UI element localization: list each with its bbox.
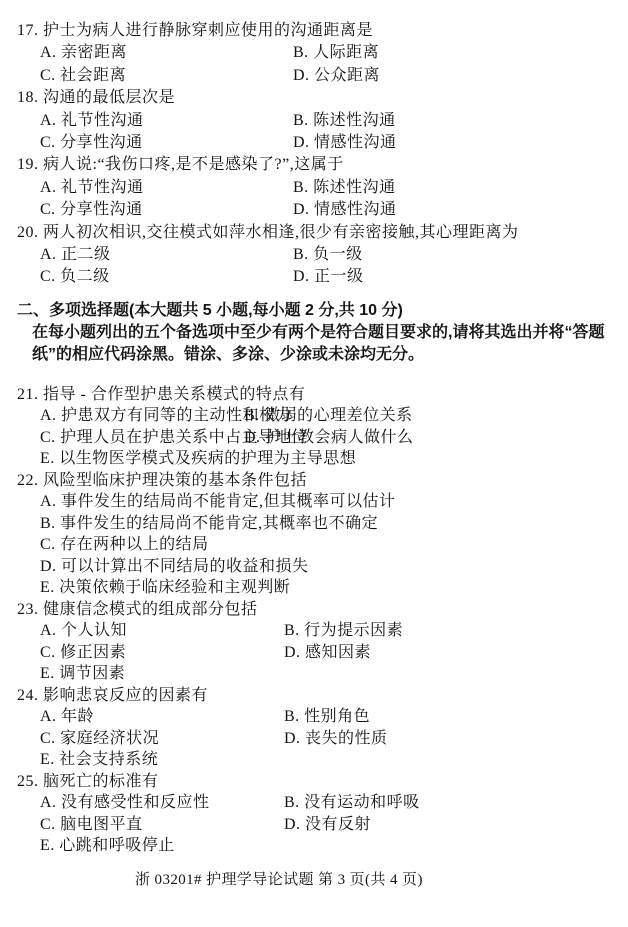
option-a: A. 正二级	[40, 244, 293, 266]
option-d: D. 护士教会病人做什么	[244, 427, 414, 449]
question-17: 17.护士为病人进行静脉穿刺应使用的沟通距离是 A. 亲密距离B. 人际距离 C…	[17, 20, 620, 87]
option-b: B. 事件发生的结局尚不能肯定,其概率也不确定	[40, 513, 378, 535]
section-2-heading: 二、多项选择题(本大题共 5 小题,每小题 2 分,共 10 分)	[17, 300, 620, 322]
question-number: 21.	[17, 384, 43, 406]
page-footer: 浙 03201# 护理学导论试题 第 3 页(共 4 页)	[17, 870, 620, 891]
option-d: D. 可以计算出不同结局的收益和损失	[40, 556, 309, 578]
question-19: 19.病人说:“我伤口疼,是不是感染了?”,这属于 A. 礼节性沟通B. 陈述性…	[17, 154, 620, 221]
option-b: B. 性别角色	[284, 706, 370, 728]
option-b: B. 陈述性沟通	[293, 177, 396, 199]
option-e: E. 社会支持系统	[40, 749, 158, 771]
question-number: 24.	[17, 685, 43, 707]
question-number: 20.	[17, 222, 43, 244]
option-c: C. 修正因素	[40, 642, 284, 664]
option-c: C. 负二级	[40, 266, 293, 288]
question-number: 18.	[17, 87, 43, 109]
option-d: D. 丧失的性质	[284, 728, 388, 750]
question-stem: 沟通的最低层次是	[43, 87, 175, 109]
option-b: B. 微弱的心理差位关系	[244, 405, 413, 427]
question-stem: 脑死亡的标准有	[43, 771, 159, 793]
option-d: D. 情感性沟通	[293, 199, 397, 221]
instruction-line-1: 在每小题列出的五个备选项中至少有两个是符合题目要求的,请将其选出并将“答题	[17, 322, 620, 344]
spacer	[17, 289, 620, 300]
multiple-choice-questions: 21.指导 - 合作型护患关系模式的特点有 A. 护患双方有同等的主动性和权力B…	[17, 384, 620, 857]
option-b: B. 负一级	[293, 244, 363, 266]
question-stem: 影响悲哀反应的因素有	[43, 685, 208, 707]
question-stem: 指导 - 合作型护患关系模式的特点有	[43, 384, 305, 406]
question-stem: 风险型临床护理决策的基本条件包括	[43, 470, 307, 492]
question-23: 23.健康信念模式的组成部分包括 A. 个人认知B. 行为提示因素 C. 修正因…	[17, 599, 620, 685]
question-18: 18.沟通的最低层次是 A. 礼节性沟通B. 陈述性沟通 C. 分享性沟通D. …	[17, 87, 620, 154]
question-number: 22.	[17, 470, 43, 492]
option-a: A. 护患双方有同等的主动性和权力	[40, 405, 244, 427]
option-a: A. 礼节性沟通	[40, 110, 293, 132]
option-a: A. 礼节性沟通	[40, 177, 293, 199]
option-c: C. 家庭经济状况	[40, 728, 284, 750]
question-25: 25.脑死亡的标准有 A. 没有感受性和反应性B. 没有运动和呼吸 C. 脑电图…	[17, 771, 620, 857]
question-number: 25.	[17, 771, 43, 793]
option-d: D. 公众距离	[293, 65, 380, 87]
option-b: B. 人际距离	[293, 42, 379, 64]
option-d: D. 情感性沟通	[293, 132, 397, 154]
option-c: C. 脑电图平直	[40, 814, 284, 836]
section-2-instructions: 在每小题列出的五个备选项中至少有两个是符合题目要求的,请将其选出并将“答题 纸”…	[17, 322, 620, 366]
question-20: 20.两人初次相识,交往模式如萍水相逢,很少有亲密接触,其心理距离为 A. 正二…	[17, 222, 620, 289]
option-a: A. 没有感受性和反应性	[40, 792, 284, 814]
question-stem: 病人说:“我伤口疼,是不是感染了?”,这属于	[43, 154, 344, 176]
option-c: C. 分享性沟通	[40, 132, 293, 154]
option-a: A. 事件发生的结局尚不能肯定,但其概率可以估计	[40, 491, 396, 513]
option-b: B. 陈述性沟通	[293, 110, 396, 132]
option-c: C. 分享性沟通	[40, 199, 293, 221]
option-d: D. 没有反射	[284, 814, 371, 836]
option-a: A. 个人认知	[40, 620, 284, 642]
question-22: 22.风险型临床护理决策的基本条件包括 A. 事件发生的结局尚不能肯定,但其概率…	[17, 470, 620, 599]
section-title: 二、多项选择题(本大题共 5 小题,每小题 2 分,共 10 分)	[17, 300, 620, 322]
question-21: 21.指导 - 合作型护患关系模式的特点有 A. 护患双方有同等的主动性和权力B…	[17, 384, 620, 470]
option-a: A. 年龄	[40, 706, 284, 728]
option-c: C. 护理人员在护患关系中占主导地位	[40, 427, 244, 449]
question-number: 19.	[17, 154, 43, 176]
option-b: B. 没有运动和呼吸	[284, 792, 420, 814]
spacer	[17, 366, 620, 384]
question-stem: 两人初次相识,交往模式如萍水相逢,很少有亲密接触,其心理距离为	[43, 222, 519, 244]
option-e: E. 心跳和呼吸停止	[40, 835, 175, 857]
option-d: D. 感知因素	[284, 642, 371, 664]
question-24: 24.影响悲哀反应的因素有 A. 年龄B. 性别角色 C. 家庭经济状况D. 丧…	[17, 685, 620, 771]
single-choice-questions: 17.护士为病人进行静脉穿刺应使用的沟通距离是 A. 亲密距离B. 人际距离 C…	[17, 20, 620, 289]
exam-page: 17.护士为病人进行静脉穿刺应使用的沟通距离是 A. 亲密距离B. 人际距离 C…	[0, 0, 628, 927]
option-a: A. 亲密距离	[40, 42, 293, 64]
option-e: E. 决策依赖于临床经验和主观判断	[40, 577, 290, 599]
question-stem: 健康信念模式的组成部分包括	[43, 599, 258, 621]
option-c: C. 社会距离	[40, 65, 293, 87]
option-b: B. 行为提示因素	[284, 620, 403, 642]
question-number: 23.	[17, 599, 43, 621]
option-e: E. 调节因素	[40, 663, 125, 685]
question-number: 17.	[17, 20, 43, 42]
instruction-line-2: 纸”的相应代码涂黑。错涂、多涂、少涂或未涂均无分。	[17, 344, 620, 366]
option-c: C. 存在两种以上的结局	[40, 534, 209, 556]
question-stem: 护士为病人进行静脉穿刺应使用的沟通距离是	[43, 20, 373, 42]
option-d: D. 正一级	[293, 266, 364, 288]
option-e: E. 以生物医学模式及疾病的护理为主导思想	[40, 448, 356, 470]
